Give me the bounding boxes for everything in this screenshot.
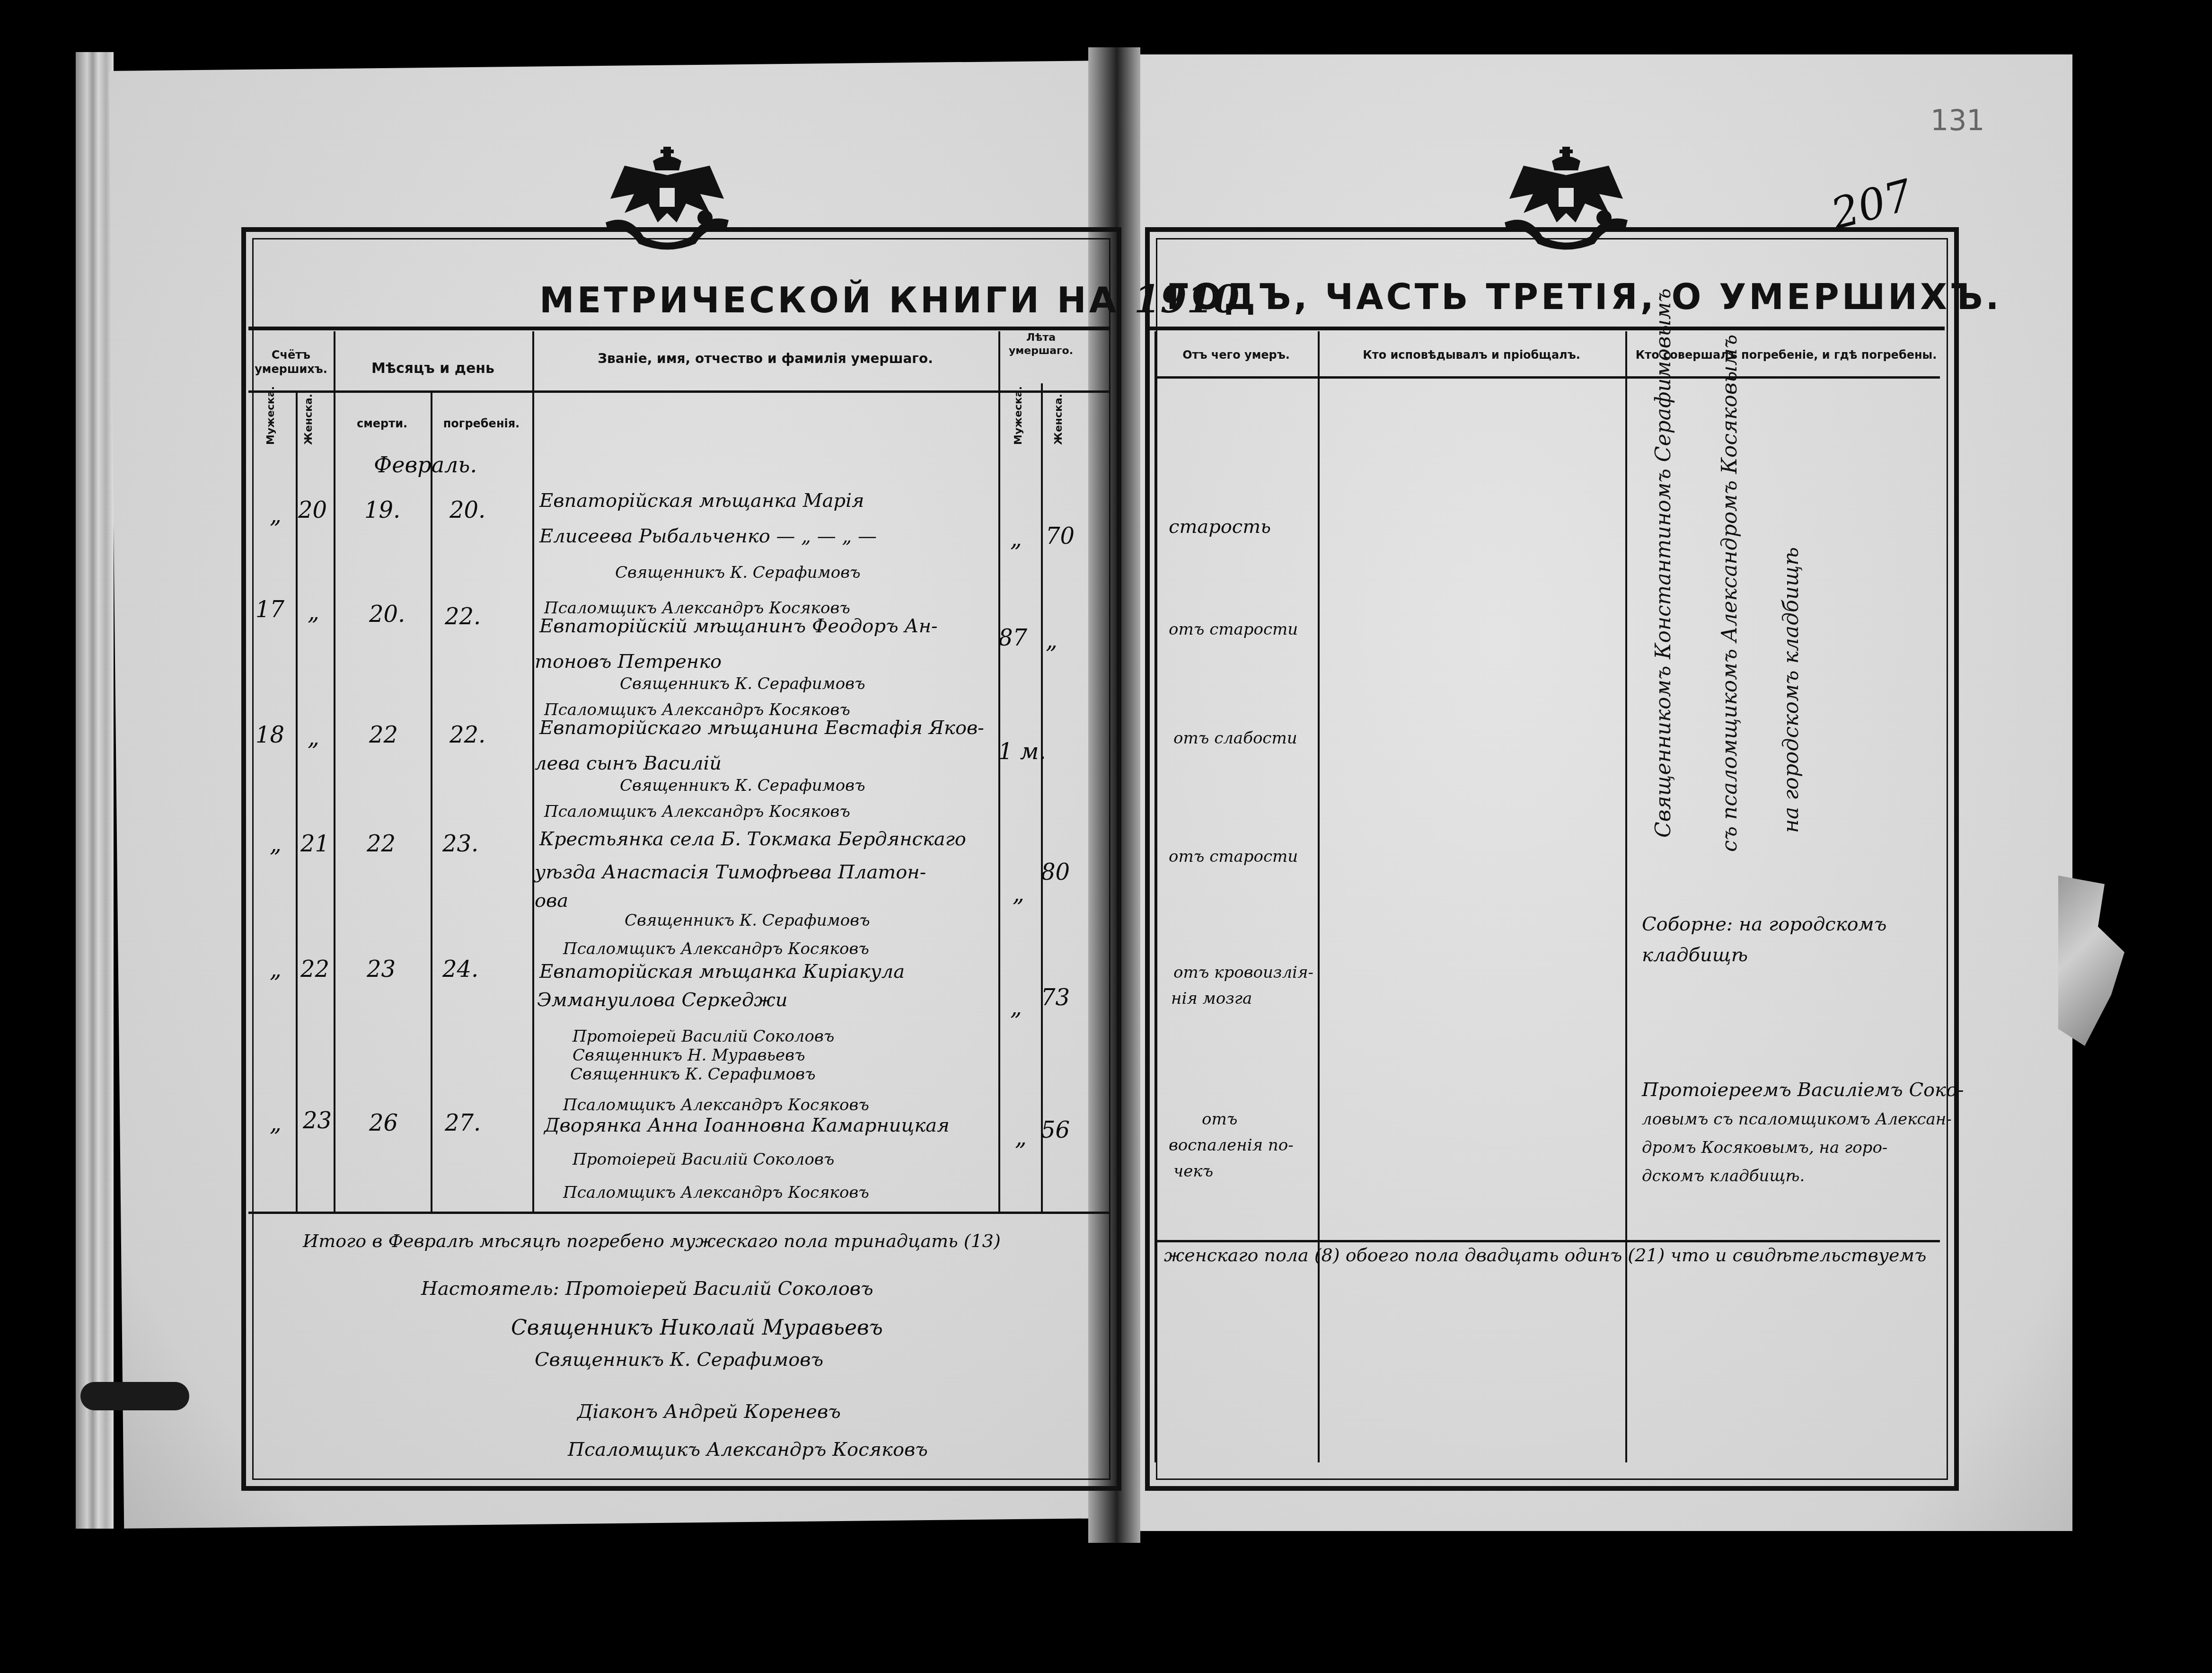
month-label: Февраль. [374, 452, 477, 478]
death-day: 22 [367, 831, 396, 857]
death-day: 22 [369, 722, 398, 748]
deceased-name: Елисеева Рыбальченко — „ — „ — [539, 525, 877, 547]
death-day: 26 [369, 1110, 398, 1136]
burial-note-sobor: кладбищѣ [1642, 944, 1748, 966]
burial-day: 27. [445, 1110, 481, 1136]
signature-rector: Настоятель: Протоіерей Василій Соколовъ [421, 1278, 873, 1300]
column-divider [1625, 331, 1627, 1462]
page-number-pencil: 131 [1930, 104, 1985, 137]
age-male: 1 м. [998, 738, 1046, 765]
count-female: 23 [303, 1107, 332, 1134]
summary-divider [1154, 1240, 1940, 1242]
age-male: „ [1010, 994, 1022, 1020]
signer: Псаломщикъ Александръ Косяковъ [563, 1183, 869, 1202]
age-male: 87 [998, 625, 1027, 651]
count-male: 18 [256, 722, 284, 748]
header-date-burial: погребенія. [431, 416, 532, 431]
age-female: 70 [1046, 523, 1075, 549]
burial-day: 23. [442, 831, 478, 857]
burial-day: 20. [449, 497, 485, 523]
signer: Священникъ К. Серафимовъ [625, 911, 870, 930]
cause-of-death: нія мозга [1171, 989, 1252, 1008]
signer: Протоіерей Василій Соколовъ [573, 1150, 834, 1169]
count-female: „ [308, 724, 319, 751]
header-count: Счётъ умершихъ. [248, 348, 334, 376]
column-divider [431, 393, 432, 1212]
page-title-left: МЕТРИЧЕСКОЙ КНИГИ НА 1910 [539, 277, 1239, 321]
burial-note-last: дромъ Косяковымъ, на горо- [1642, 1138, 1887, 1157]
page-title-right: ГОДЪ, ЧАСТЬ ТРЕТІЯ, О УМЕРШИХЪ. [1166, 277, 2002, 318]
header-age-female: Женска. [1053, 394, 1065, 445]
count-male: „ [270, 1110, 282, 1136]
cause-of-death: отъ старости [1169, 847, 1298, 866]
deceased-name: Евпаторійская мѣщанка Кирiакула [539, 961, 905, 983]
count-male: 17 [256, 596, 284, 623]
signature-priest: Священникъ К. Серафимовъ [535, 1349, 823, 1371]
torn-paper-edge [2058, 876, 2124, 1046]
deceased-name: ова [535, 890, 568, 912]
header-name: Званіе, имя, отчество и фамилія умершаго… [532, 350, 998, 367]
age-female: 73 [1041, 984, 1070, 1011]
column-divider [532, 331, 534, 1212]
signature-psalmist: Псаломщикъ Александръ Косяковъ [568, 1439, 928, 1461]
death-day: 23 [367, 956, 396, 983]
signer: Священникъ К. Серафимовъ [615, 563, 861, 582]
deceased-name: уѣзда Анастасія Тимофѣева Платон- [535, 861, 926, 883]
deceased-name: тоновъ Петренко [535, 651, 722, 673]
cause-of-death: отъ слабости [1173, 729, 1297, 748]
age-female: 80 [1041, 859, 1070, 885]
signer: Священникъ К. Серафимовъ [570, 1065, 816, 1084]
deceased-name: Евпаторійскій мѣщанинъ Феодоръ Ан- [539, 615, 938, 637]
header-rule [248, 327, 1110, 330]
cause-of-death: воспаленія по- [1169, 1136, 1294, 1155]
header-confessor: Кто исповѣдывалъ и пріобщалъ. [1318, 348, 1625, 362]
death-day: 20. [369, 601, 405, 628]
deceased-name: Евпаторійскаго мѣщанина Евстафія Яков- [539, 717, 984, 739]
deceased-name: Крестьянка села Б. Токмака Бердянскаго [539, 828, 966, 850]
count-female: „ [308, 599, 319, 625]
age-male: „ [1010, 525, 1022, 552]
header-divider [248, 390, 1110, 393]
header-count-female: Женска. [303, 394, 315, 445]
header-rule [1150, 327, 1945, 330]
signer: Псаломщикъ Александръ Косяковъ [544, 700, 850, 719]
column-divider [1154, 331, 1156, 1462]
burial-day: 22. [449, 722, 485, 748]
cause-of-death: отъ кровоизлія- [1173, 963, 1313, 982]
signer: Священникъ Н. Муравьевъ [573, 1046, 805, 1065]
burial-day: 22. [445, 603, 481, 630]
burial-note-sobor: Соборне: на городскомъ [1642, 913, 1886, 935]
deceased-name: Евпаторійская мѣщанка Марія [539, 490, 864, 512]
count-male: „ [270, 956, 282, 983]
signature-deacon: Діаконъ Андрей Кореневъ [577, 1401, 841, 1423]
age-male: „ [1013, 880, 1024, 907]
cause-of-death: чекъ [1173, 1162, 1213, 1181]
column-divider [296, 393, 298, 1212]
age-female: 56 [1041, 1117, 1070, 1143]
signer: Псаломщикъ Александръ Косяковъ [563, 939, 869, 958]
summary-divider [248, 1212, 1110, 1214]
header-age: Лѣта умершаго. [998, 331, 1084, 357]
summary-total-right: женскаго пола (8) обоего пола двадцать о… [1164, 1245, 1926, 1266]
signer: Священникъ К. Серафимовъ [620, 674, 865, 693]
signer: Псаломщикъ Александръ Косяковъ [544, 599, 850, 618]
column-divider [334, 331, 335, 1212]
column-divider [1041, 383, 1043, 1212]
cause-of-death: отъ [1202, 1110, 1237, 1129]
header-age-male: Мужеска. [1013, 386, 1024, 445]
book-page-edges [76, 52, 114, 1529]
header-date: Мѣсяцъ и день [334, 360, 532, 378]
header-count-male: Мужеска. [265, 386, 277, 445]
book-strap [80, 1382, 189, 1410]
signer: Псаломщикъ Александръ Косяковъ [544, 802, 850, 821]
burial-note-last: Протоіереемъ Василіемъ Соко- [1642, 1079, 1964, 1101]
title-text: МЕТРИЧЕСКОЙ КНИГИ НА [539, 280, 1119, 321]
deceased-name: Эммануилова Серкеджи [537, 989, 788, 1011]
header-divider [1154, 376, 1940, 379]
age-male: „ [1015, 1124, 1027, 1151]
count-female: 21 [300, 831, 329, 857]
cause-of-death: отъ старости [1169, 620, 1298, 639]
burial-note-vertical: Священникомъ Константиномъ Серафимовымъ [1651, 288, 1675, 838]
burial-note-last: ловымъ съ псаломщикомъ Алексан- [1642, 1110, 1952, 1129]
signature-priest: Священникъ Николай Муравьевъ [511, 1316, 883, 1340]
header-cause: Отъ чего умеръ. [1154, 348, 1318, 362]
summary-total-left: Итого в Февралѣ мѣсяцѣ погребено мужеска… [303, 1230, 1001, 1251]
burial-note-last: дскомъ кладбищѣ. [1642, 1167, 1805, 1186]
count-female: 20 [298, 497, 327, 523]
burial-note-vertical: съ псаломщикомъ Александромъ Косяковымъ [1718, 335, 1742, 852]
signer: Священникъ К. Серафимовъ [620, 776, 865, 795]
count-female: 22 [300, 956, 329, 983]
death-day: 19. [364, 497, 400, 523]
count-male: „ [270, 831, 282, 857]
deceased-name: Дворянка Анна Іоанновна Камарницкая [544, 1115, 950, 1136]
header-date-death: смерти. [334, 416, 431, 431]
cause-of-death: старость [1169, 516, 1271, 538]
deceased-name: лева сынъ Василій [535, 752, 722, 774]
column-divider [998, 331, 1000, 1212]
burial-day: 24. [442, 956, 478, 983]
age-female: „ [1046, 627, 1058, 654]
burial-note-vertical: на городскомъ кладбищѣ [1779, 547, 1803, 833]
signer: Протоіерей Василій Соколовъ [573, 1027, 834, 1046]
signer: Псаломщикъ Александръ Косяковъ [563, 1096, 869, 1115]
column-divider [1318, 331, 1320, 1462]
count-male: „ [270, 502, 282, 528]
